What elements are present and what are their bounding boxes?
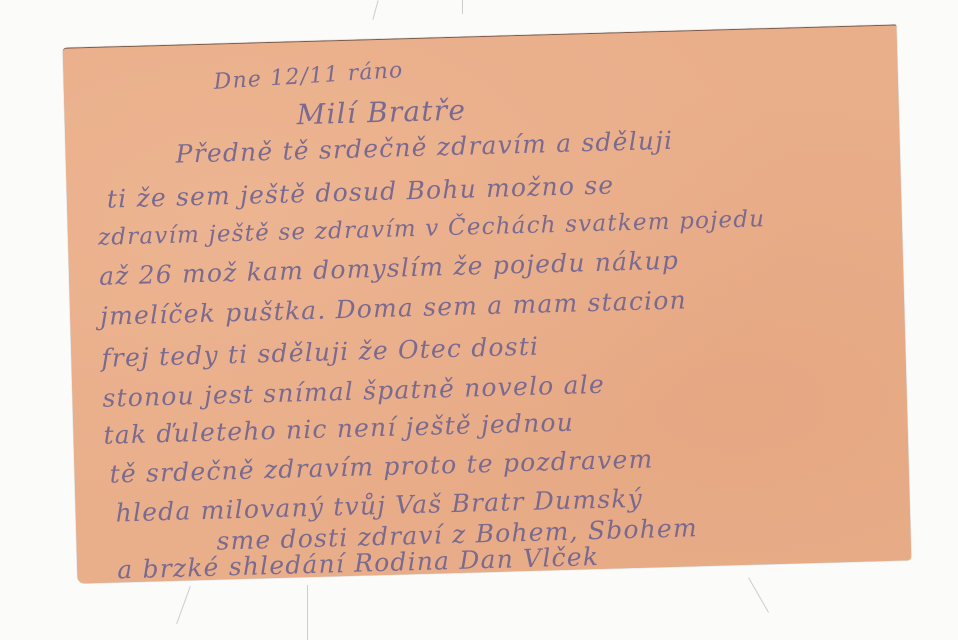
body-line-5: jmelíček puštka. Doma sem a mam stacion [100, 285, 687, 331]
body-line-9: tě srdečně zdravím proto te pozdravem [109, 444, 654, 489]
salutation: Milí Bratře [296, 96, 466, 131]
postcard-scan: Dne 12/11 ráno Milí Bratře Předně tě srd… [0, 0, 958, 640]
body-line-1: Předně tě srdečně zdravím a sděluji [175, 126, 673, 170]
body-line-2: ti že sem ještě dosud Bohu možno se [107, 170, 615, 214]
body-line-12-signature: a brzké shledání Rodina Dan Vlček [117, 542, 600, 585]
pencil-stroke [176, 586, 191, 624]
body-line-6: frej tedy ti sděluji že Otec dosti [101, 332, 540, 374]
pencil-stroke [748, 577, 769, 612]
pencil-stroke [462, 0, 463, 14]
pencil-stroke [372, 0, 378, 20]
body-line-8: tak ďuleteho nic není ještě jednou [103, 408, 574, 451]
date-line: Dne 12/11 ráno [213, 56, 405, 98]
pencil-stroke [307, 585, 308, 640]
body-line-7: stonou jest snímal špatně novelo ale [102, 370, 605, 414]
postcard: Dne 12/11 ráno Milí Bratře Předně tě srd… [63, 24, 912, 583]
body-line-4: až 26 mož kam domyslím že pojedu nákup [99, 246, 680, 292]
